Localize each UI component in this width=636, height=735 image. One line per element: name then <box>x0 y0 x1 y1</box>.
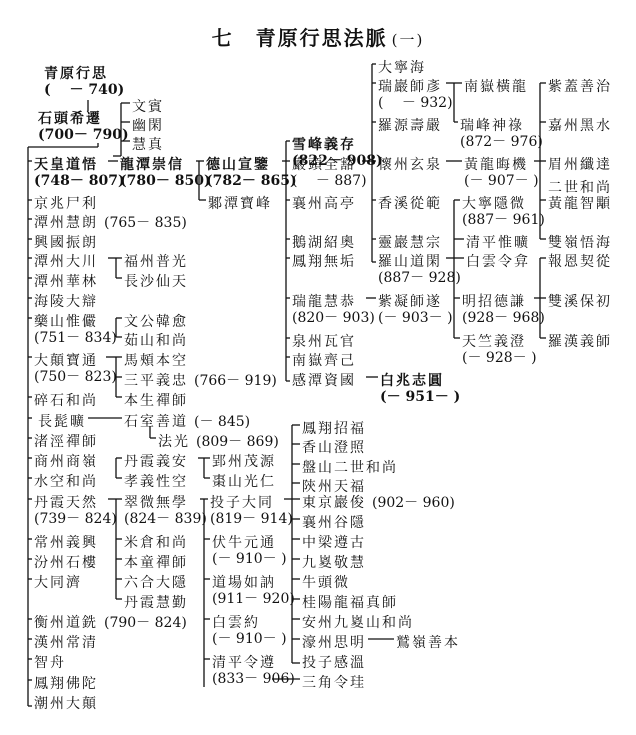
monk-name: 青原行思 <box>44 66 108 82</box>
monk-name: 鷲嶺善本 <box>396 635 460 651</box>
monk-name: 衡州道銑 <box>34 615 98 631</box>
monk-name: 茹山和尚 <box>124 333 188 349</box>
monk-name: 襄州高亭 <box>292 196 356 212</box>
monk-node-fuzhoupuguang: 福州普光 <box>124 254 188 270</box>
monk-name: 藥山惟儼 <box>34 314 98 330</box>
monk-node-funiu: 伏牛元通(－ 910－ ) <box>212 535 287 567</box>
monk-name: 南嶽齊己 <box>292 353 356 369</box>
monk-name: 紫蓋善治 <box>548 79 612 95</box>
monk-name: 鵝湖紹奧 <box>292 235 356 251</box>
monk-node-sanping: 三平義忠(766－ 919) <box>124 373 277 389</box>
monk-dates: (887－ 961) <box>462 212 545 228</box>
monk-node-shuikong: 水空和尚 <box>34 474 98 490</box>
monk-dates: (751－ 834) <box>34 330 117 346</box>
monk-name: 汾州石樓 <box>34 555 98 571</box>
monk-name: 丹霞義安 <box>124 454 188 470</box>
monk-node-daningyinwei: 大寧隱微(887－ 961) <box>462 196 545 228</box>
monk-node-huaizhou: 懷州玄泉 <box>378 157 442 173</box>
monk-node-jiazhou: 嘉州黑水 <box>548 118 612 134</box>
monk-node-fengxiangwugou: 鳳翔無垢 <box>292 254 356 270</box>
monk-dates: (790－ 824) <box>104 615 187 631</box>
monk-name: 盤山二世和尚 <box>302 460 398 476</box>
monk-name: 香溪從範 <box>378 196 442 212</box>
monk-name: 本童禪師 <box>124 555 188 571</box>
monk-node-qingyuan: 青原行思( － 740) <box>44 66 124 98</box>
monk-node-tanzhouhualin: 潭州華林 <box>34 274 98 290</box>
monk-name: 羅山道閑 <box>378 254 442 270</box>
monk-node-huanglongzhiyong: 黃龍智顒 <box>548 196 612 212</box>
monk-node-wengong: 文公韓愈 <box>124 314 188 330</box>
monk-dates: (766－ 919) <box>194 373 277 389</box>
monk-node-jianhu: 鵝湖紹奧 <box>292 235 356 251</box>
monk-name: 瑞峰神祿 <box>460 118 524 134</box>
monk-node-ershi: 二世和尚 <box>548 180 612 196</box>
monk-name: 長沙仙天 <box>124 274 188 290</box>
monk-name: 六合大隱 <box>124 575 188 591</box>
monk-name: 德山宣鑒 <box>206 157 270 173</box>
monk-dates: (－ 910－ ) <box>212 631 287 647</box>
monk-node-panshan: 盤山二世和尚 <box>302 460 398 476</box>
monk-name: 羅漢義師 <box>548 334 612 350</box>
monk-name: 羅源壽嚴 <box>378 118 442 134</box>
monk-name: 二世和尚 <box>548 180 612 196</box>
monk-name: 巖頭全豁 <box>292 157 356 173</box>
monk-node-bensheng: 本生禪師 <box>124 393 188 409</box>
monk-node-fenzhou: 汾州石樓 <box>34 555 98 571</box>
monk-name: 黃龍智顒 <box>548 196 612 212</box>
monk-node-shitou: 石頭希遷(700－ 790) <box>38 111 129 143</box>
monk-node-guiyang: 桂陽龍福真師 <box>302 595 398 611</box>
monk-node-rushan: 茹山和尚 <box>124 333 188 349</box>
monk-dates: (911－ 920) <box>212 591 295 607</box>
monk-node-suishi: 碎石和尚 <box>34 393 98 409</box>
monk-name: 桂陽龍福真師 <box>302 595 398 611</box>
monk-name: 濠州思明 <box>302 635 366 651</box>
monk-node-dongjing: 東京巖俊(902－ 960) <box>302 495 455 511</box>
monk-node-danxiatianran: 丹霞天然(739－ 824) <box>34 495 117 527</box>
monk-node-changshaxiantian: 長沙仙天 <box>124 274 188 290</box>
monk-name: 瑞巖師彥 <box>378 79 442 95</box>
monk-name: 文公韓愈 <box>124 314 188 330</box>
monk-dates: (－ 903－ ) <box>378 310 453 326</box>
monk-dates: (－ 845) <box>194 414 250 430</box>
monk-name: 棗山光仁 <box>212 474 276 490</box>
monk-node-tantan: 鄹潭寶峰 <box>208 196 272 212</box>
monk-name: 中梁遵古 <box>302 535 366 551</box>
monk-name: 商州商嶺 <box>34 454 98 470</box>
monk-node-haozhou: 濠州思明 <box>302 635 366 651</box>
monk-name: 雪峰義存 <box>292 137 356 153</box>
monk-node-danxiayian: 丹霞義安 <box>124 454 188 470</box>
monk-name: 米倉和尚 <box>124 535 188 551</box>
monk-node-touzigan: 投子感溫 <box>302 655 366 671</box>
monk-node-faguang: 法光(809－ 869) <box>158 434 279 450</box>
monk-name: 翠微無學 <box>124 495 188 511</box>
monk-name: 投子大同 <box>210 495 274 511</box>
monk-dates: (872－ 976) <box>460 134 543 150</box>
monk-name: 海陵大辯 <box>34 294 98 310</box>
monk-name: 清平惟曠 <box>466 235 530 251</box>
monk-dates: (－ 907－ ) <box>464 173 539 189</box>
monk-node-jiufeng: 九嵏敬慧 <box>302 555 366 571</box>
monk-dates: (824－ 839) <box>124 511 207 527</box>
monk-node-baoen: 報恩契從 <box>548 254 612 270</box>
monk-name: 感潭資國 <box>292 373 356 389</box>
monk-node-daninghai: 大寧海 <box>378 60 426 76</box>
monk-node-luohan: 羅漢義師 <box>548 334 612 350</box>
monk-name: 鳳翔無垢 <box>292 254 356 270</box>
monk-node-ruilong: 瑞龍慧恭(820－ 903) <box>292 294 375 326</box>
monk-name: 鳳翔招福 <box>302 421 366 437</box>
monk-name: 馬頰本空 <box>124 353 188 369</box>
monk-node-nanyuehenglong: 南嶽橫龍 <box>464 79 528 95</box>
monk-node-sanjiao: 三角令珪 <box>302 675 366 691</box>
monk-dates: (820－ 903) <box>292 310 375 326</box>
monk-name: 雙嶺悟海 <box>548 235 612 251</box>
monk-node-shishi: 石室善道(－ 845) <box>124 414 250 430</box>
monk-node-shangzhou: 商州商嶺 <box>34 454 98 470</box>
monk-name: 文賓 <box>132 99 164 115</box>
monk-node-xiangzhougu: 襄州谷隱 <box>302 515 366 531</box>
monk-name: 瑞龍慧恭 <box>292 294 356 310</box>
monk-name: 三平義忠 <box>124 373 188 389</box>
monk-node-mingzhao: 明招德謙(928－ 968) <box>462 294 545 326</box>
monk-name: 常州義興 <box>34 535 98 551</box>
monk-name: 伏牛元通 <box>212 535 276 551</box>
monk-dates: (809－ 869) <box>196 434 279 450</box>
monk-node-ruifeng: 瑞峰神祿(872－ 976) <box>460 118 543 150</box>
monk-name: 九嵏敬慧 <box>302 555 366 571</box>
monk-name: 潭州慧朗 <box>34 215 98 231</box>
monk-node-ziyi: 紫凝師遂(－ 903－ ) <box>378 294 453 326</box>
monk-dates: (748－ 807) <box>34 173 125 189</box>
monk-name: 投子感溫 <box>302 655 366 671</box>
monk-node-qingpinglingzun: 清平令遵(833－ 906) <box>212 655 295 687</box>
monk-name: 陝州天福 <box>302 479 366 495</box>
monk-name: 郢州茂源 <box>212 454 276 470</box>
monk-name: 天皇道悟 <box>34 157 98 173</box>
monk-dates: ( － 932) <box>378 95 453 111</box>
monk-name: 報恩契從 <box>548 254 612 270</box>
monk-name: 嘉州黑水 <box>548 118 612 134</box>
monk-name: 紫凝師遂 <box>378 294 442 310</box>
monk-node-liuhe: 六合大隱 <box>124 575 188 591</box>
monk-node-tianhuang: 天皇道悟(748－ 807) <box>34 157 125 189</box>
monk-name: 黃龍晦機 <box>464 157 528 173</box>
monk-dates: (739－ 824) <box>34 511 117 527</box>
monk-node-dadian: 大顛寶通(750－ 823) <box>34 353 117 385</box>
monk-name: 靈巖慧宗 <box>378 235 442 251</box>
monk-name: 天竺義澄 <box>462 334 526 350</box>
monk-name: 慧真 <box>132 137 164 153</box>
monk-dates: (750－ 823) <box>34 369 117 385</box>
monk-node-fengxiangzhaofu: 鳳翔招福 <box>302 421 366 437</box>
monk-name: 白雲約 <box>212 615 260 631</box>
monk-name: 智舟 <box>34 655 66 671</box>
monk-node-mapo: 馬頰本空 <box>124 353 188 369</box>
monk-dates: ( － 740) <box>44 82 124 98</box>
monk-node-lingyan: 靈巖慧宗 <box>378 235 442 251</box>
monk-node-shuangling: 雙嶺悟海 <box>548 235 612 251</box>
monk-dates: (700－ 790) <box>38 127 129 143</box>
monk-node-touzidatong: 投子大同(819－ 914) <box>210 495 293 527</box>
monk-node-wenbin: 文賓 <box>132 99 164 115</box>
monk-node-xiangshan: 香山澄照 <box>302 440 366 456</box>
monk-node-longtan: 龍潭崇信(780－ 850) <box>120 157 211 189</box>
monk-dates: (887－ 928) <box>378 270 461 286</box>
monk-node-danxiahuiqin: 丹霞慧勤 <box>124 595 188 611</box>
monk-node-baiyunyue: 白雲約(－ 910－ ) <box>212 615 287 647</box>
monk-name: 南嶽橫龍 <box>464 79 528 95</box>
monk-dates: (－ 910－ ) <box>212 551 287 567</box>
monk-node-tianzhu: 天竺義澄(－ 928－ ) <box>462 334 537 366</box>
monk-name: 法光 <box>158 434 190 450</box>
monk-node-deshan: 德山宣鑒(782－ 865) <box>206 157 297 189</box>
monk-node-luoyuan: 羅源壽嚴 <box>378 118 442 134</box>
monk-dates: (780－ 850) <box>120 173 211 189</box>
monk-node-hailing: 海陵大辯 <box>34 294 98 310</box>
monk-name: 鳳翔佛陀 <box>34 676 98 692</box>
monk-name: 潭州華林 <box>34 274 98 290</box>
monk-name: 丹霞天然 <box>34 495 98 511</box>
monk-name: 大同濟 <box>34 575 82 591</box>
monk-name: 碎石和尚 <box>34 393 98 409</box>
monk-node-jingzhao: 京兆尸利 <box>34 196 98 212</box>
monk-dates: (902－ 960) <box>372 495 455 511</box>
monk-name: 懷州玄泉 <box>378 157 442 173</box>
monk-name: 三角令珪 <box>302 675 366 691</box>
monk-name: 安州九嵏山和尚 <box>302 615 414 631</box>
monk-name: 牛頭微 <box>302 575 350 591</box>
monk-node-xiangzhougaoting: 襄州高亭 <box>292 196 356 212</box>
monk-name: 長髭曠 <box>38 414 86 430</box>
monk-node-chaozhou: 潮州大顛 <box>34 696 98 712</box>
monk-name: 水空和尚 <box>34 474 98 490</box>
monk-node-yingzhou: 郢州茂源 <box>212 454 276 470</box>
monk-node-yaoshan: 藥山惟儼(751－ 834) <box>34 314 117 346</box>
monk-node-hanzhou: 漢州常清 <box>34 635 98 651</box>
monk-node-zhizhou: 智舟 <box>34 655 66 671</box>
monk-node-yantou: 巖頭全豁( － 887) <box>292 157 367 189</box>
monk-name: 渚涇禪師 <box>34 434 98 450</box>
monk-name: 東京巖俊 <box>302 495 366 511</box>
monk-name: 大寧海 <box>378 60 426 76</box>
monk-node-changzhou: 常州義興 <box>34 535 98 551</box>
monk-name: 本生禪師 <box>124 393 188 409</box>
monk-name: 龍潭崇信 <box>120 157 184 173</box>
monk-name: 鄹潭寶峰 <box>208 196 272 212</box>
monk-node-meizhou: 眉州纖達 <box>548 157 612 173</box>
monk-name: 興國振朗 <box>34 235 98 251</box>
monk-node-xiangxi: 香溪從範 <box>378 196 442 212</box>
monk-node-huanglonghuiji: 黃龍晦機(－ 907－ ) <box>464 157 539 189</box>
monk-name: 潮州大顛 <box>34 696 98 712</box>
monk-node-jiuling: 鷲嶺善本 <box>396 635 460 651</box>
monk-node-qingpingweikuang: 清平惟曠 <box>466 235 530 251</box>
monk-name: 泉州瓦官 <box>292 334 356 350</box>
monk-node-gantan: 感潭資國 <box>292 373 356 389</box>
monk-dates: (928－ 968) <box>462 310 545 326</box>
monk-node-nanyue: 南嶽齊己 <box>292 353 356 369</box>
monk-node-daochang: 道場如訥(911－ 920) <box>212 575 295 607</box>
monk-name: 丹霞慧勤 <box>124 595 188 611</box>
monk-dates: (782－ 865) <box>206 173 297 189</box>
monk-dates: (－ 928－ ) <box>462 350 537 366</box>
monk-node-tanzhouhuilang: 潭州慧朗(765－ 835) <box>34 215 187 231</box>
monk-node-huizhen: 慧真 <box>132 137 164 153</box>
monk-name: 白雲令弇 <box>466 254 530 270</box>
monk-name: 漢州常清 <box>34 635 98 651</box>
monk-dates: (－ 951－ ) <box>380 389 460 405</box>
monk-name: 幽閑 <box>132 118 164 134</box>
monk-node-hengzhou: 衡州道銑(790－ 824) <box>34 615 187 631</box>
monk-name: 潭州大川 <box>34 254 98 270</box>
monk-node-anzhou: 安州九嵏山和尚 <box>302 615 414 631</box>
monk-dates: (819－ 914) <box>210 511 293 527</box>
monk-dates: ( － 887) <box>292 173 367 189</box>
monk-node-zhujing: 渚涇禪師 <box>34 434 98 450</box>
monk-name: 眉州纖達 <box>548 157 612 173</box>
monk-node-shanzhou: 陝州天福 <box>302 479 366 495</box>
monk-node-micang: 米倉和尚 <box>124 535 188 551</box>
monk-node-jishan: 棗山光仁 <box>212 474 276 490</box>
monk-name: 福州普光 <box>124 254 188 270</box>
monk-node-youxian: 幽閑 <box>132 118 164 134</box>
monk-node-xiaoyi: 孝義性空 <box>124 474 188 490</box>
monk-name: 石頭希遷 <box>38 111 102 127</box>
monk-node-changzi: 長髭曠 <box>38 414 86 430</box>
monk-name: 孝義性空 <box>124 474 188 490</box>
monk-name: 大寧隱微 <box>462 196 526 212</box>
monk-dates: (833－ 906) <box>212 671 295 687</box>
monk-name: 石室善道 <box>124 414 188 430</box>
monk-node-luoshan: 羅山道閑(887－ 928) <box>378 254 461 286</box>
monk-node-shuangxi: 雙溪保初 <box>548 294 612 310</box>
monk-node-cuiwei: 翠微無學(824－ 839) <box>124 495 207 527</box>
monk-name: 大顛寶通 <box>34 353 98 369</box>
monk-node-zhongliang: 中梁遵古 <box>302 535 366 551</box>
monk-name: 明招德謙 <box>462 294 526 310</box>
monk-node-quanzhou: 泉州瓦官 <box>292 334 356 350</box>
monk-name: 襄州谷隱 <box>302 515 366 531</box>
monk-node-tanzhoudachuan: 潭州大川 <box>34 254 98 270</box>
monk-name: 香山澄照 <box>302 440 366 456</box>
monk-name: 白兆志圓 <box>380 373 444 389</box>
monk-node-xingguo: 興國振朗 <box>34 235 98 251</box>
monk-name: 京兆尸利 <box>34 196 98 212</box>
monk-node-datongji: 大同濟 <box>34 575 82 591</box>
monk-node-fengxiangfotuo: 鳳翔佛陀 <box>34 676 98 692</box>
monk-name: 清平令遵 <box>212 655 276 671</box>
monk-node-baizhao: 白兆志圓(－ 951－ ) <box>380 373 460 405</box>
monk-node-baiyunling: 白雲令弇 <box>466 254 530 270</box>
monk-node-niutou: 牛頭微 <box>302 575 350 591</box>
monk-name: 道場如訥 <box>212 575 276 591</box>
monk-node-zigai: 紫蓋善治 <box>548 79 612 95</box>
monk-node-bentong: 本童禪師 <box>124 555 188 571</box>
monk-name: 雙溪保初 <box>548 294 612 310</box>
monk-node-ruiyan: 瑞巖師彥( － 932) <box>378 79 453 111</box>
monk-dates: (765－ 835) <box>104 215 187 231</box>
